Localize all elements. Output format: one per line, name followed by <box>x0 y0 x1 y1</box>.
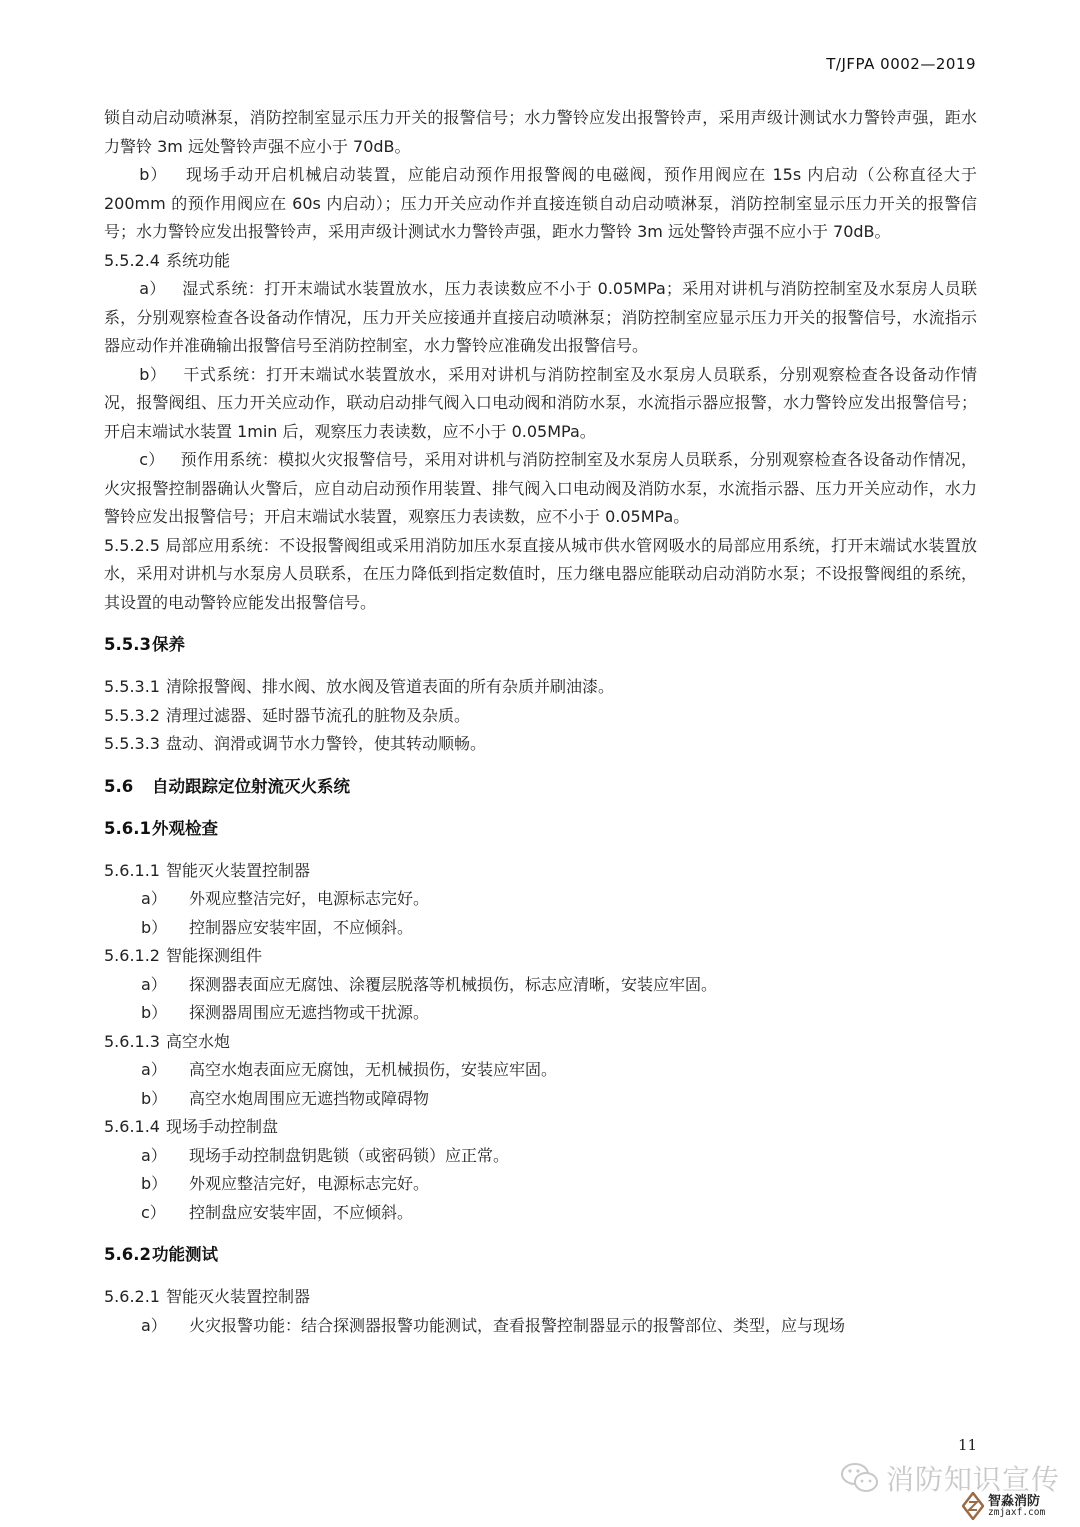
list-item: a） 湿式系统：打开末端试水装置放水，压力表读数应不小于 0.05MPa；采用对… <box>104 275 977 361</box>
list-item: b）高空水炮周围应无遮挡物或障碍物 <box>104 1085 977 1114</box>
item-label: b） <box>141 914 189 943</box>
item-text: 控制盘应安装牢固，不应倾斜。 <box>189 1203 413 1222</box>
zm-logo-icon <box>962 1492 984 1520</box>
clause-5524: 5.5.2.4系统功能 <box>104 247 977 276</box>
list-item: a）外观应整洁完好，电源标志完好。 <box>104 885 977 914</box>
item-text: 探测器周围应无遮挡物或干扰源。 <box>189 1003 429 1022</box>
clause-number: 5.6.2.1 <box>104 1283 160 1312</box>
clause-title: 系统功能 <box>166 251 230 270</box>
section-heading-561: 5.6.1外观检查 <box>104 815 977 843</box>
clause-title: 现场手动控制盘 <box>166 1117 278 1136</box>
page-number: 11 <box>958 1436 977 1454</box>
section-number: 5.6 <box>104 773 152 801</box>
clause-number: 5.6.1.1 <box>104 857 160 886</box>
standard-code: T/JFPA 0002—2019 <box>826 55 976 73</box>
paragraph-continuation: 锁自动启动喷淋泵，消防控制室显示压力开关的报警信号；水力警铃应发出报警铃声，采用… <box>104 104 977 161</box>
clause-title: 智能灭火装置控制器 <box>166 1287 310 1306</box>
clause-number: 5.5.2.5 <box>104 536 160 555</box>
list-item: b）探测器周围应无遮挡物或干扰源。 <box>104 999 977 1028</box>
item-label: b） <box>141 999 189 1028</box>
logo-url: zmjaxf.com <box>988 1508 1045 1518</box>
clause: 5.5.3.3盘动、润滑或调节水力警铃，使其转动顺畅。 <box>104 730 977 759</box>
clause-title: 高空水炮 <box>166 1032 230 1051</box>
list-item: c） 预作用系统：模拟火灾报警信号，采用对讲机与消防控制室及水泵房人员联系，分别… <box>104 446 977 532</box>
item-label: a） <box>141 885 189 914</box>
clause-number: 5.6.1.2 <box>104 942 160 971</box>
list-item: b） 干式系统：打开末端试水装置放水，采用对讲机与消防控制室及水泵房人员联系，分… <box>104 361 977 447</box>
list-item: b） 现场手动开启机械启动装置，应能启动预作用报警阀的电磁阀，预作用阀应在 15… <box>104 161 977 247</box>
item-label: a） <box>141 971 189 1000</box>
clause-title: 智能探测组件 <box>166 946 262 965</box>
item-label: a） <box>141 1056 189 1085</box>
clause-number: 5.5.2.4 <box>104 247 160 276</box>
section-number: 5.6.2 <box>104 1241 152 1269</box>
clause-text: 清除报警阀、排水阀、放水阀及管道表面的所有杂质并刷油漆。 <box>166 677 614 696</box>
clause-number: 5.6.1.3 <box>104 1028 160 1057</box>
item-label: c） <box>139 450 164 469</box>
clause-heading: 5.6.1.2智能探测组件 <box>104 942 977 971</box>
list-item: b）外观应整洁完好，电源标志完好。 <box>104 1170 977 1199</box>
clause: 5.5.3.1清除报警阀、排水阀、放水阀及管道表面的所有杂质并刷油漆。 <box>104 673 977 702</box>
clause-text: 盘动、润滑或调节水力警铃，使其转动顺畅。 <box>166 734 486 753</box>
clause-heading: 5.6.1.4现场手动控制盘 <box>104 1113 977 1142</box>
item-label: a） <box>141 1312 189 1341</box>
item-label: b） <box>139 165 167 184</box>
clause-number: 5.5.3.1 <box>104 673 160 702</box>
list-item: a）探测器表面应无腐蚀、涂覆层脱落等机械损伤，标志应清晰，安装应牢固。 <box>104 971 977 1000</box>
item-text: 干式系统：打开末端试水装置放水，采用对讲机与消防控制室及水泵房人员联系，分别观察… <box>104 365 977 441</box>
clause-heading: 5.6.1.1智能灭火装置控制器 <box>104 857 977 886</box>
section-title: 保养 <box>152 635 185 654</box>
section-heading-562: 5.6.2功能测试 <box>104 1241 977 1269</box>
item-text: 湿式系统：打开末端试水装置放水，压力表读数应不小于 0.05MPa；采用对讲机与… <box>104 279 977 355</box>
item-text: 探测器表面应无腐蚀、涂覆层脱落等机械损伤，标志应清晰，安装应牢固。 <box>189 975 717 994</box>
clause-number: 5.6.1.4 <box>104 1113 160 1142</box>
item-label: b） <box>141 1085 189 1114</box>
item-text: 火灾报警功能：结合探测器报警功能测试，查看报警控制器显示的报警部位、类型，应与现… <box>189 1316 845 1335</box>
brand-logo: 智淼消防 zmjaxf.com <box>962 1492 1045 1520</box>
clause-5525: 5.5.2.5 局部应用系统：不设报警阀组或采用消防加压水泵直接从城市供水管网吸… <box>104 532 977 618</box>
clause-heading: 5.6.2.1智能灭火装置控制器 <box>104 1283 977 1312</box>
list-item: a）现场手动控制盘钥匙锁（或密码锁）应正常。 <box>104 1142 977 1171</box>
logo-name: 智淼消防 <box>988 1495 1045 1508</box>
item-text: 高空水炮表面应无腐蚀，无机械损伤，安装应牢固。 <box>189 1060 557 1079</box>
item-text: 控制器应安装牢固，不应倾斜。 <box>189 918 413 937</box>
list-item: a）火灾报警功能：结合探测器报警功能测试，查看报警控制器显示的报警部位、类型，应… <box>104 1312 977 1341</box>
item-text: 外观应整洁完好，电源标志完好。 <box>189 889 429 908</box>
item-text: 高空水炮周围应无遮挡物或障碍物 <box>189 1089 429 1108</box>
clause-heading: 5.6.1.3高空水炮 <box>104 1028 977 1057</box>
clause-text: 清理过滤器、延时器节流孔的脏物及杂质。 <box>166 706 470 725</box>
section-heading-56: 5.6自动跟踪定位射流灭火系统 <box>104 773 977 801</box>
clause-number: 5.5.3.2 <box>104 702 160 731</box>
clause-title: 智能灭火装置控制器 <box>166 861 310 880</box>
item-text: 预作用系统：模拟火灾报警信号，采用对讲机与消防控制室及水泵房人员联系，分别观察检… <box>104 450 977 526</box>
section-heading-553: 5.5.3保养 <box>104 631 977 659</box>
item-label: c） <box>141 1199 189 1228</box>
section-title: 功能测试 <box>152 1245 218 1264</box>
item-text: 现场手动控制盘钥匙锁（或密码锁）应正常。 <box>189 1146 509 1165</box>
wechat-icon <box>840 1461 880 1495</box>
item-label: b） <box>141 1170 189 1199</box>
list-item: c）控制盘应安装牢固，不应倾斜。 <box>104 1199 977 1228</box>
item-label: a） <box>141 1142 189 1171</box>
item-text: 现场手动开启机械启动装置，应能启动预作用报警阀的电磁阀，预作用阀应在 15s 内… <box>104 165 977 241</box>
list-item: a）高空水炮表面应无腐蚀，无机械损伤，安装应牢固。 <box>104 1056 977 1085</box>
section-title: 自动跟踪定位射流灭火系统 <box>152 777 350 796</box>
section-number: 5.6.1 <box>104 815 152 843</box>
clause-number: 5.5.3.3 <box>104 730 160 759</box>
document-body: 锁自动启动喷淋泵，消防控制室显示压力开关的报警信号；水力警铃应发出报警铃声，采用… <box>104 104 977 1340</box>
section-title: 外观检查 <box>152 819 218 838</box>
list-item: b）控制器应安装牢固，不应倾斜。 <box>104 914 977 943</box>
item-label: a） <box>139 279 166 298</box>
clause-text: 局部应用系统：不设报警阀组或采用消防加压水泵直接从城市供水管网吸水的局部应用系统… <box>104 536 977 612</box>
item-label: b） <box>139 365 166 384</box>
clause: 5.5.3.2清理过滤器、延时器节流孔的脏物及杂质。 <box>104 702 977 731</box>
section-number: 5.5.3 <box>104 631 152 659</box>
item-text: 外观应整洁完好，电源标志完好。 <box>189 1174 429 1193</box>
